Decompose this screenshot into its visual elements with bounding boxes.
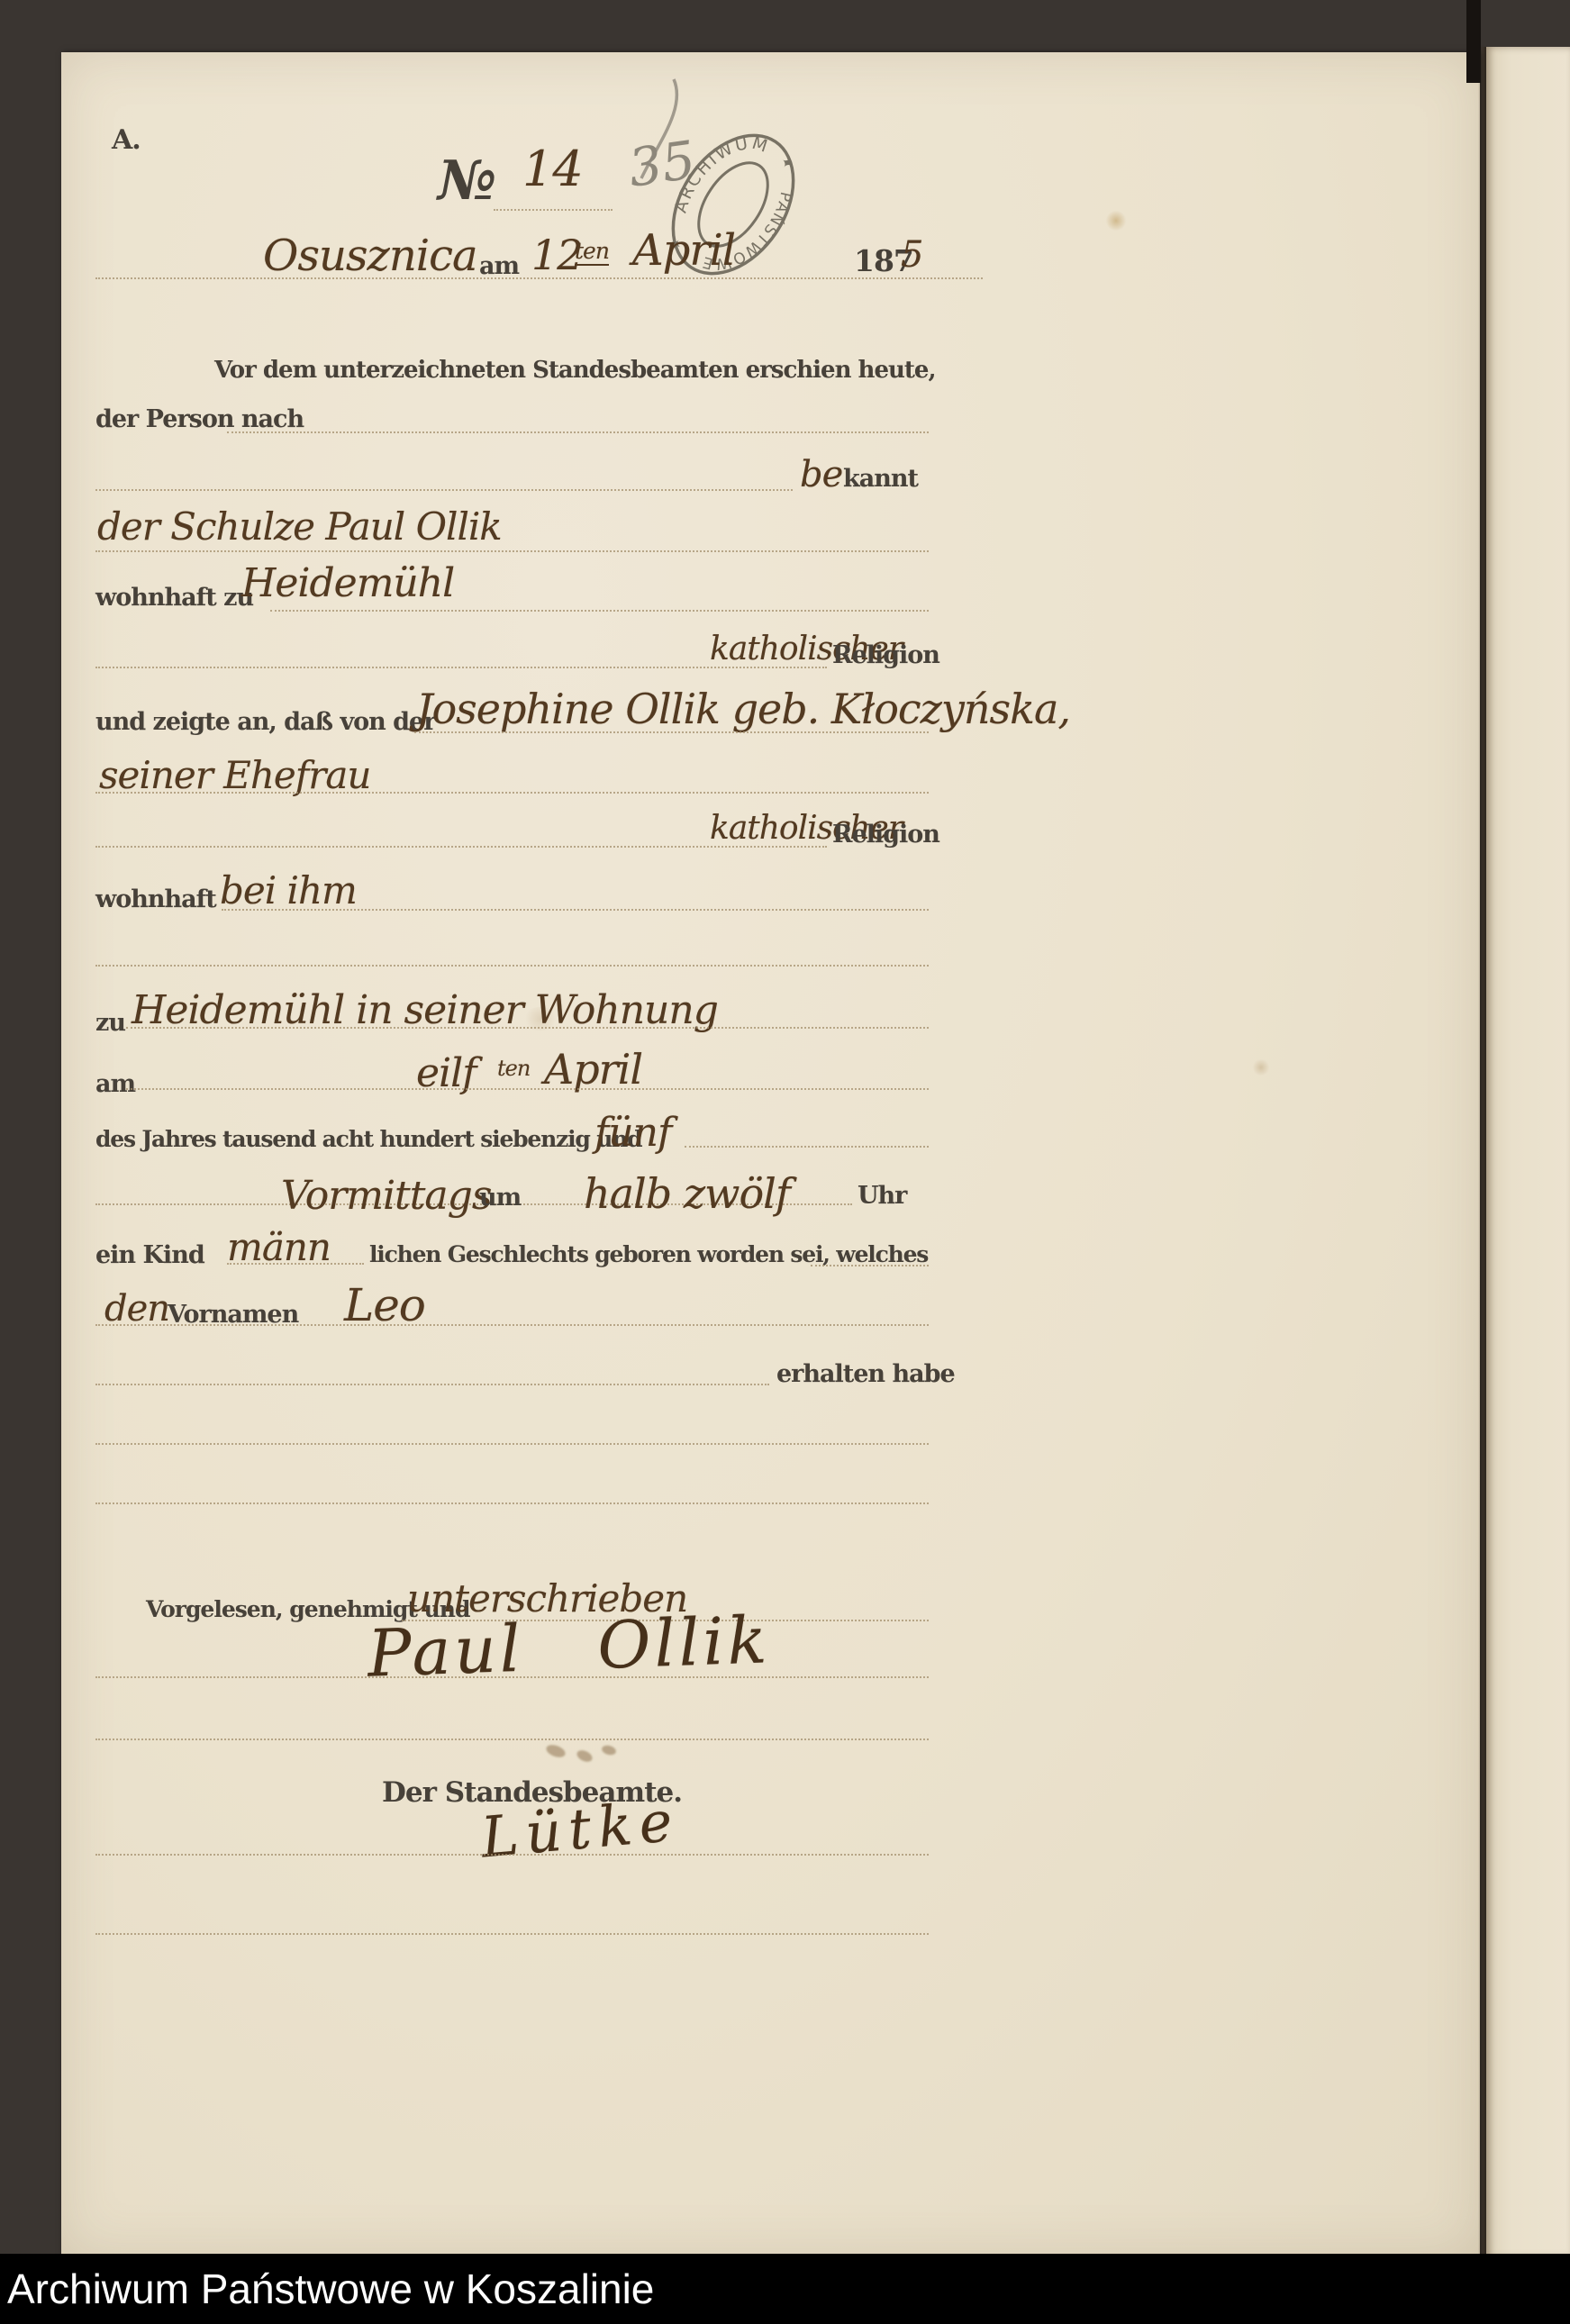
date-month: April (632, 225, 735, 276)
svg-text:ARCHIWUM: ARCHIWUM (665, 110, 776, 237)
am-label: am (95, 1070, 135, 1098)
filler-dotline (95, 792, 929, 794)
filler-dotline (494, 209, 613, 211)
corner-label: A. (112, 124, 141, 156)
filler-dotline (95, 550, 929, 552)
religion2-label: Religion (832, 821, 939, 849)
declarant-residence: Heidemühl (241, 560, 454, 606)
uhr-label: Uhr (858, 1182, 906, 1210)
erhalten-habe-label: erhalten habe (776, 1360, 955, 1388)
birth-month-hand: April (544, 1045, 642, 1094)
stain (1252, 1059, 1270, 1076)
filler-dotline (126, 1088, 929, 1090)
declarant-line: der Schulze Paul Ollik (97, 504, 502, 549)
filler-dotline (227, 1263, 364, 1265)
right-page-edge (1486, 47, 1570, 2257)
wohnhaft-label: wohnhaft (95, 885, 216, 913)
mother-name: Josephine Ollik geb. Kłoczyńska, (416, 685, 1070, 733)
bei-ihm-hand: bei ihm (220, 868, 357, 912)
year-in-words-label: des Jahres tausend acht hundert siebenzi… (95, 1126, 641, 1152)
filler-dotline (95, 1502, 929, 1504)
date-year-hand: 5 (901, 234, 922, 276)
filler-dotline (95, 965, 929, 967)
year-in-words-hand: fünf (594, 1110, 671, 1156)
filler-dotline (95, 1738, 929, 1740)
binding-gap (1466, 0, 1481, 83)
time-hand: halb zwölf (584, 1169, 790, 1218)
kind-label-1: ein Kind (95, 1241, 204, 1269)
zu-label: zu (95, 1009, 125, 1037)
religion1-label: Religion (832, 641, 939, 669)
filler-dotline (811, 1265, 929, 1266)
filler-dotline (95, 1324, 929, 1326)
um-label: um (479, 1184, 521, 1212)
doc-number-prefix: № (438, 150, 495, 213)
birth-day-suffix: ten (497, 1056, 530, 1081)
filler-dotline (95, 1676, 929, 1678)
filler-dotline (95, 1443, 929, 1445)
footer-caption: Archiwum Państwowe w Koszalinie (7, 2265, 654, 2313)
stamp-arc-top: ARCHIWUM (665, 110, 776, 237)
filler-dotline (414, 731, 929, 733)
filler-dotline (95, 489, 793, 491)
page-seam (1478, 47, 1486, 2257)
date-day-suffix: ten (575, 238, 609, 266)
ehefrau-line: seiner Ehefrau (99, 753, 370, 797)
filler-dotline (227, 431, 929, 433)
bekannt-hand: be (800, 454, 842, 495)
stain (1105, 211, 1127, 231)
doc-number-value: 14 (522, 141, 583, 197)
archive-stamp: ARCHIWUM PAŃSTWOWE ✦ ✦ (633, 93, 833, 316)
filler-dotline (126, 1027, 929, 1029)
filler-dotline (222, 909, 929, 911)
zeigte-an-label: und zeigte an, daß von der (95, 708, 435, 736)
filler-dotline (95, 1384, 769, 1385)
date-am: am (479, 252, 519, 280)
filler-dotline (95, 1933, 929, 1935)
filler-dotline (270, 610, 929, 612)
archival-scan: A. № 14 35 ARCHIWUM PAŃSTWOWE ✦ ✦ Osuszn… (0, 0, 1570, 2324)
vormittags-hand: Vormittags (281, 1173, 491, 1219)
bekannt-printed: kannt (843, 465, 918, 493)
person-nach-label: der Person nach (95, 405, 304, 433)
caption-bar: Archiwum Państwowe w Koszalinie (0, 2254, 1570, 2324)
intro-line: Vor dem unterzeichneten Standesbeamten e… (214, 357, 936, 384)
date-place: Osusznica (263, 231, 477, 281)
kind-label-2: lichen Geschlechts geboren worden sei, w… (369, 1241, 928, 1267)
filler-dotline (685, 1146, 929, 1148)
wohnhaft-zu-label: wohnhaft zu (95, 584, 253, 612)
filler-dotline (95, 1854, 929, 1856)
